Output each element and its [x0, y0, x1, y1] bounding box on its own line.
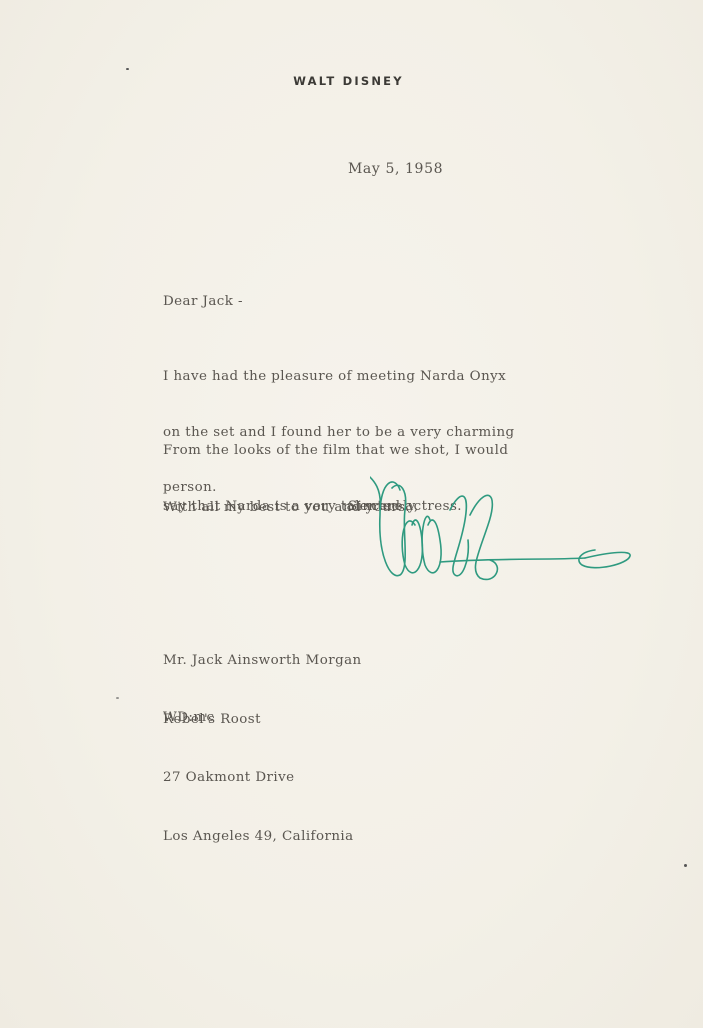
letter-paper: WALT DISNEY May 5, 1958 Dear Jack - I ha… [0, 0, 703, 1028]
paper-speck [126, 68, 129, 70]
paper-speck [116, 697, 119, 699]
letterhead-name: WALT DISNEY [293, 74, 403, 88]
letter-date: May 5, 1958 [348, 161, 443, 177]
address-line: Mr. Jack Ainsworth Morgan [163, 651, 362, 671]
paragraph-line: I have had the pleasure of meeting Narda… [163, 368, 515, 387]
paragraph-line: From the looks of the film that we shot,… [163, 442, 508, 461]
recipient-address: Mr. Jack Ainsworth Morgan Rebel's Roost … [163, 612, 362, 885]
signature [370, 470, 640, 590]
reference-initials: WD:mc [163, 709, 214, 728]
address-line: Los Angeles 49, California [163, 827, 362, 847]
address-line: 27 Oakmont Drive [163, 768, 362, 788]
paper-speck [684, 864, 687, 867]
salutation: Dear Jack - [163, 293, 243, 312]
letterhead: WALT DISNEY [0, 74, 703, 88]
